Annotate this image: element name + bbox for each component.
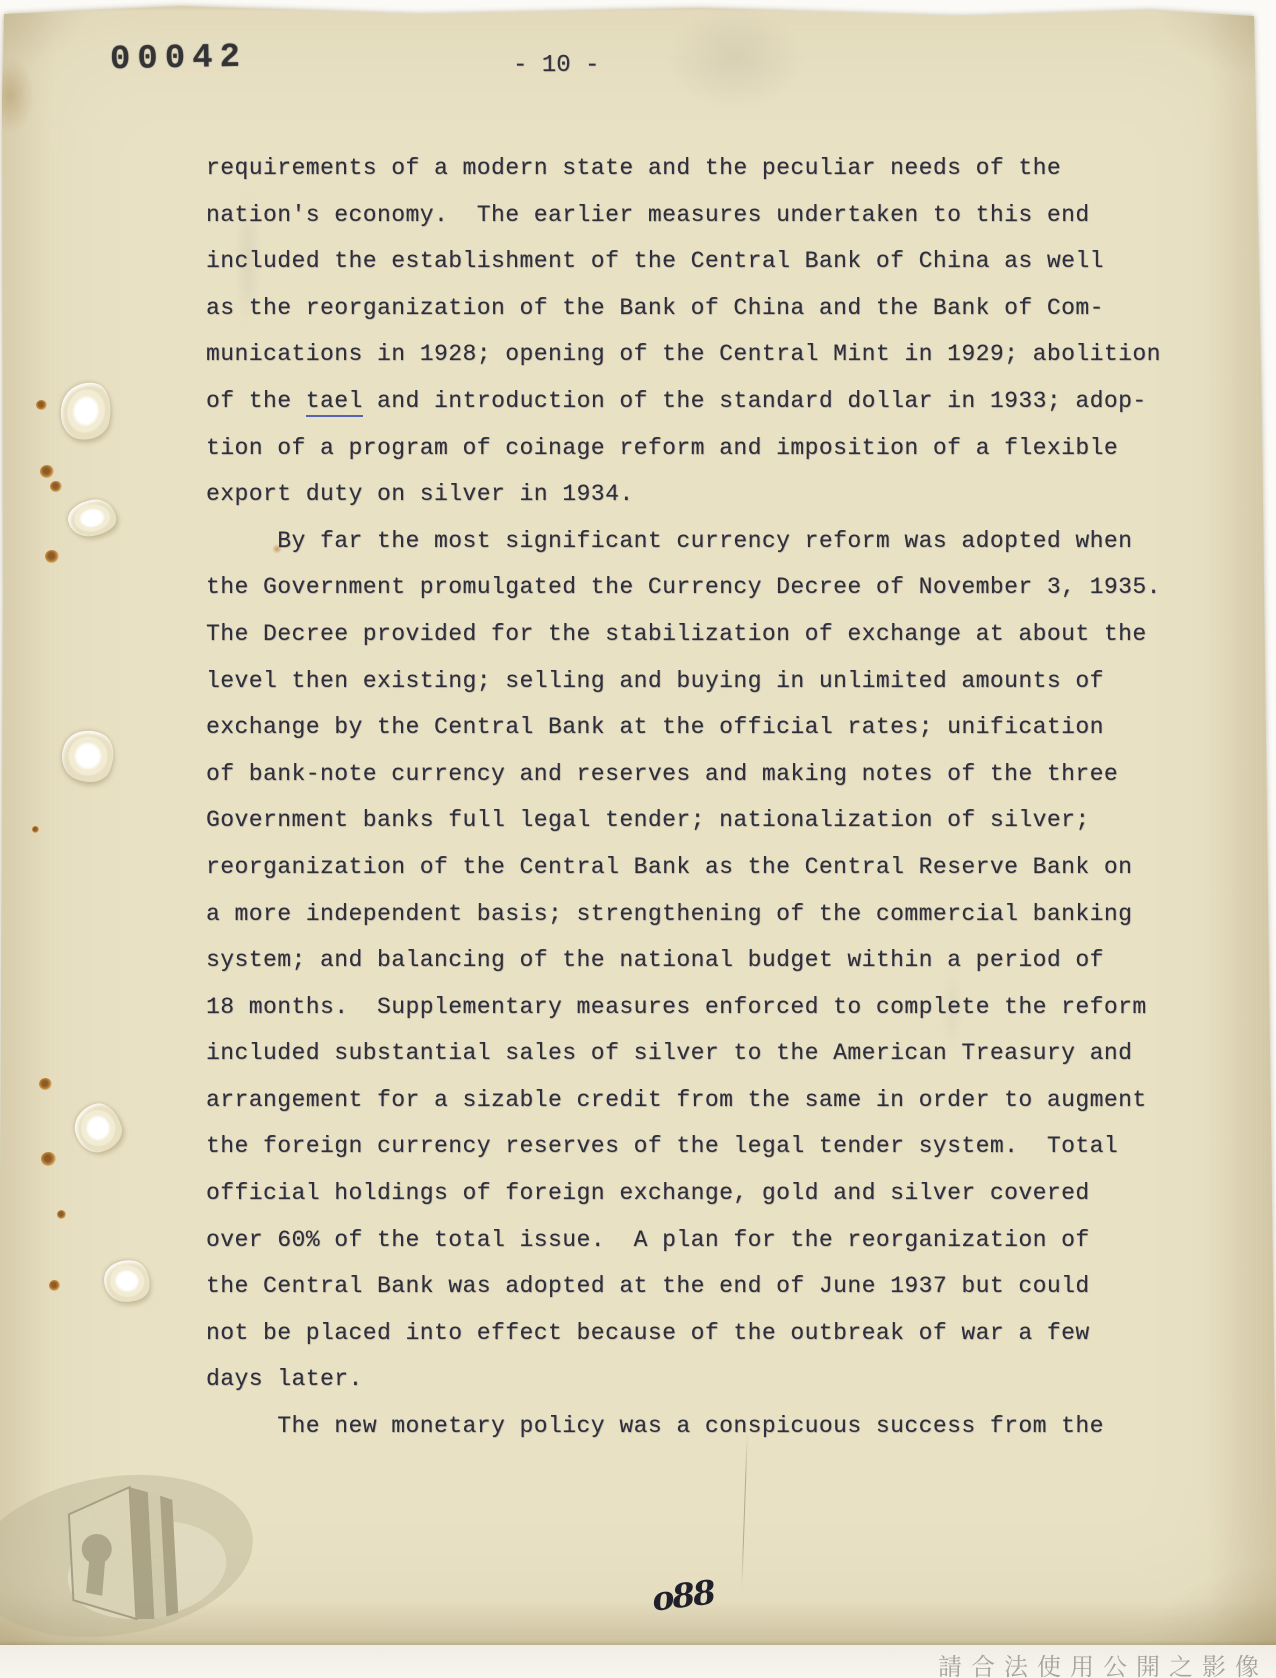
text-line: over 60% of the total issue. A plan for … — [206, 1217, 1196, 1264]
text-line: the foreign currency reserves of the leg… — [206, 1123, 1196, 1170]
text-line: a more independent basis; strengthening … — [206, 891, 1196, 938]
text-line: days later. — [206, 1356, 1196, 1403]
text-line: official holdings of foreign exchange, g… — [206, 1170, 1196, 1217]
text-line: as the reorganization of the Bank of Chi… — [206, 285, 1196, 332]
text-line: level then existing; selling and buying … — [206, 658, 1196, 705]
text-line: The new monetary policy was a conspicuou… — [206, 1403, 1196, 1450]
typewritten-text: requirements of a modern state and the p… — [206, 145, 1196, 1450]
copyright-watermark-text: 請合法使用公開之影像 — [938, 1647, 1268, 1678]
rust-stain — [41, 1152, 56, 1166]
library-logo-watermark — [0, 1468, 255, 1643]
text-line: the Central Bank was adopted at the end … — [206, 1263, 1196, 1310]
scanner-bed-strip: 請合法使用公開之影像 — [0, 1645, 1276, 1678]
page-number: - 10 - — [513, 52, 599, 79]
punch-hole — [53, 721, 122, 790]
rust-stain — [50, 481, 62, 492]
text-line: included the establishment of the Centra… — [206, 238, 1196, 285]
underlined-word: tael — [306, 388, 363, 417]
text-line: export duty on silver in 1934. — [206, 471, 1196, 518]
rust-stain — [49, 1280, 60, 1291]
text-line: included substantial sales of silver to … — [206, 1030, 1196, 1077]
text-line: 18 months. Supplementary measures enforc… — [206, 984, 1196, 1031]
handwritten-mark: o88 — [650, 1572, 716, 1618]
text-line: reorganization of the Central Bank as th… — [206, 844, 1196, 891]
punch-hole — [66, 497, 119, 539]
rust-stain — [32, 826, 39, 833]
text-line: requirements of a modern state and the p… — [206, 145, 1196, 192]
rust-stain — [36, 400, 47, 410]
text-line: exchange by the Central Bank at the offi… — [206, 704, 1196, 751]
text-line: system; and balancing of the national bu… — [206, 937, 1196, 984]
scanned-page: 00042 - 10 - requirements of a modern st… — [0, 0, 1276, 1645]
punch-hole — [101, 1257, 152, 1305]
rust-stain — [39, 1078, 52, 1090]
text-line: arrangement for a sizable credit from th… — [206, 1077, 1196, 1124]
text-line: not be placed into effect because of the… — [206, 1310, 1196, 1357]
text-line: munications in 1928; opening of the Cent… — [206, 331, 1196, 378]
text-segment: and introduction of the standard dollar … — [363, 388, 1147, 414]
text-line-tael: of the tael and introduction of the stan… — [206, 378, 1196, 425]
text-line: By far the most significant currency ref… — [206, 518, 1196, 565]
scan-background: 00042 - 10 - requirements of a modern st… — [0, 0, 1276, 1678]
text-segment: of the — [206, 388, 306, 414]
text-line: Government banks full legal tender; nati… — [206, 797, 1196, 844]
rust-stain — [45, 550, 59, 563]
text-line: of bank-note currency and reserves and m… — [206, 751, 1196, 798]
archive-stamp-number: 00042 — [110, 39, 248, 79]
text-line: tion of a program of coinage reform and … — [206, 425, 1196, 472]
text-line: The Decree provided for the stabilizatio… — [206, 611, 1196, 658]
punch-hole — [70, 1099, 127, 1157]
text-line: the Government promulgated the Currency … — [206, 564, 1196, 611]
punch-hole — [56, 377, 117, 444]
rust-stain — [40, 465, 54, 478]
paper-scratch — [741, 1432, 748, 1590]
rust-stain — [57, 1210, 66, 1219]
text-line: nation's economy. The earlier measures u… — [206, 192, 1196, 239]
